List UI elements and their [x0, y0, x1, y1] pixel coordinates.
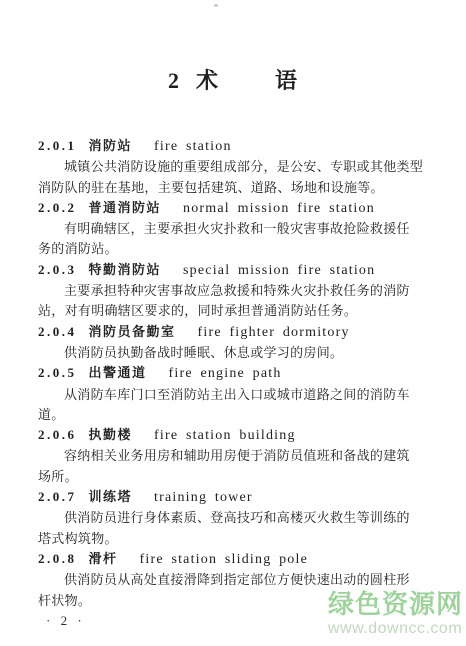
term-entry: 2.0.6执勤楼fire station building 容纳相关业务用房和辅…	[38, 425, 428, 487]
term-name-en: fire engine path	[169, 366, 282, 381]
scanned-document-page: { "chapter_title": { "number": "2", "wor…	[0, 0, 466, 646]
term-definition-line: 供消防员从高处直接滑降到指定部位方便快速出动的圆柱形	[38, 570, 428, 590]
term-heading: 2.0.1消防站fire station	[38, 136, 428, 157]
watermark: 绿色资源网 www.downcc.com	[328, 591, 463, 637]
term-name-en: normal mission fire station	[183, 201, 375, 216]
term-entry: 2.0.1消防站fire station 城镇公共消防设施的重要组成部分，是公安…	[38, 136, 428, 198]
term-entry: 2.0.3特勤消防站special mission fire station 主…	[38, 260, 428, 322]
term-name-en: fire station building	[154, 428, 296, 443]
term-name-zh: 特勤消防站	[89, 262, 162, 277]
term-entry: 2.0.4消防员备勤室fire fighter dormitory 供消防员执勤…	[38, 322, 428, 364]
term-number: 2.0.1	[38, 138, 77, 153]
term-number: 2.0.4	[38, 324, 77, 339]
term-definition-line: 务的消防站。	[38, 239, 428, 259]
term-name-zh: 出警通道	[89, 365, 147, 380]
term-name-en: fire station	[154, 139, 232, 154]
term-name-en: special mission fire station	[183, 263, 375, 278]
term-number: 2.0.7	[38, 489, 77, 504]
term-name-en: fire fighter dormitory	[198, 325, 350, 340]
term-definition-line: 消防队的驻在基地，主要包括建筑、道路、场地和设施等。	[38, 178, 428, 198]
term-definition-line: 主要承担特种灾害事故应急救援和特殊火灾扑救任务的消防	[38, 281, 428, 301]
term-heading: 2.0.5出警通道fire engine path	[38, 363, 428, 384]
term-name-zh: 执勤楼	[89, 427, 133, 442]
term-name-zh: 消防员备勤室	[89, 324, 176, 339]
chapter-title: 2术语	[0, 64, 466, 95]
term-definition-line: 场所。	[38, 467, 428, 487]
term-name-zh: 普通消防站	[89, 200, 162, 215]
scan-artifact	[214, 4, 218, 7]
term-heading: 2.0.3特勤消防站special mission fire station	[38, 260, 428, 281]
term-number: 2.0.8	[38, 551, 77, 566]
chapter-title-word-1: 术	[196, 68, 219, 93]
term-heading: 2.0.2普通消防站normal mission fire station	[38, 198, 428, 219]
term-definition-line: 道。	[38, 405, 428, 425]
chapter-number: 2	[168, 68, 180, 93]
term-heading: 2.0.6执勤楼fire station building	[38, 425, 428, 446]
term-definition-line: 有明确辖区，主要承担火灾扑救和一般灾害事故抢险救援任	[38, 219, 428, 239]
term-definition-line: 容纳相关业务用房和辅助用房便于消防员值班和备战的建筑	[38, 446, 428, 466]
term-name-zh: 训练塔	[89, 489, 133, 504]
term-name-en: training tower	[154, 490, 253, 505]
term-definition-line: 城镇公共消防设施的重要组成部分，是公安、专职或其他类型	[38, 157, 428, 177]
term-number: 2.0.6	[38, 427, 77, 442]
term-definition-line: 供消防员执勤备战时睡眠、休息或学习的房间。	[38, 343, 428, 363]
term-definition-line: 从消防车库门口至消防站主出入口或城市道路之间的消防车	[38, 385, 428, 405]
term-number: 2.0.2	[38, 200, 77, 215]
term-name-en: fire station sliding pole	[140, 552, 308, 567]
term-definition-line: 供消防员进行身体素质、登高技巧和高楼灭火救生等训练的	[38, 508, 428, 528]
term-heading: 2.0.7训练塔training tower	[38, 487, 428, 508]
term-number: 2.0.5	[38, 365, 77, 380]
chapter-title-word-2: 语	[275, 68, 298, 93]
watermark-site-name: 绿色资源网	[328, 591, 463, 618]
term-entry: 2.0.7训练塔training tower 供消防员进行身体素质、登高技巧和高…	[38, 487, 428, 549]
page-number: · 2 ·	[46, 613, 82, 629]
term-heading: 2.0.8滑杆fire station sliding pole	[38, 549, 428, 570]
document-page: 2术语 2.0.1消防站fire station 城镇公共消防设施的重要组成部分…	[0, 0, 466, 646]
term-heading: 2.0.4消防员备勤室fire fighter dormitory	[38, 322, 428, 343]
term-name-zh: 消防站	[89, 138, 133, 153]
term-entry: 2.0.2普通消防站normal mission fire station 有明…	[38, 198, 428, 260]
term-definition-line: 塔式构筑物。	[38, 529, 428, 549]
term-entry: 2.0.5出警通道fire engine path 从消防车库门口至消防站主出入…	[38, 363, 428, 425]
terms-list: 2.0.1消防站fire station 城镇公共消防设施的重要组成部分，是公安…	[38, 136, 428, 611]
watermark-site-url: www.downcc.com	[328, 621, 463, 637]
term-name-zh: 滑杆	[89, 551, 118, 566]
term-definition-line: 站，对有明确辖区要求的，同时承担普通消防站任务。	[38, 301, 428, 321]
term-number: 2.0.3	[38, 262, 77, 277]
